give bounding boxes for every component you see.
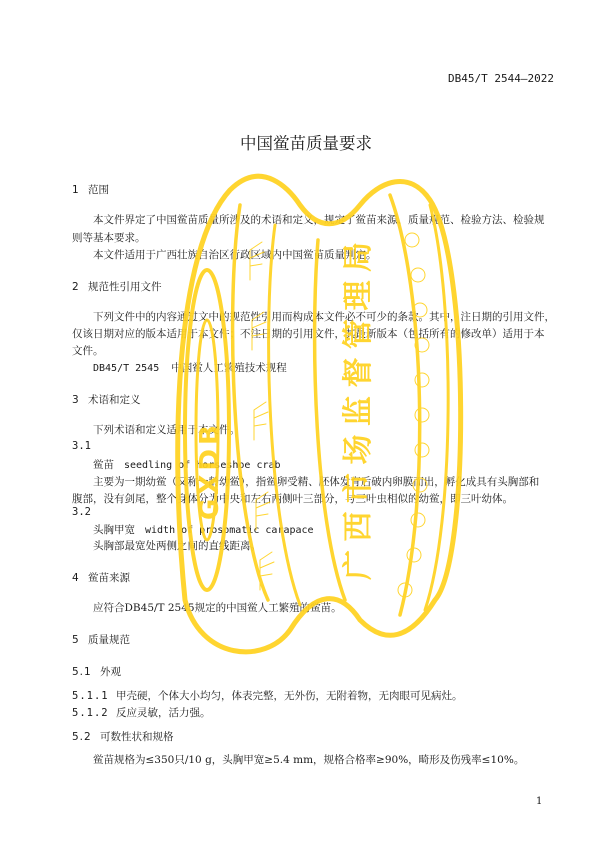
section-number: 2: [72, 281, 88, 293]
section-number: 4: [72, 572, 88, 584]
subsection-heading-appearance: 5.1外观: [72, 664, 121, 679]
standard-code: DB45/T 2544—2022: [448, 72, 554, 85]
clause-text: 甲壳硬，个体大小均匀，体表完整，无外伤，无附着物，无肉眼可见病灶。: [116, 690, 463, 702]
paragraph: 鲎苗规格为≤350只/10 g，头胸甲宽≥5.4 mm，规格合格率≥90%，畸形…: [93, 752, 524, 768]
term-chinese: 头胸甲宽: [93, 524, 135, 536]
paragraph: 本文件适用于广西壮族自治区行政区域内中国鲎苗质量判定。: [93, 247, 377, 263]
section-title: 术语和定义: [88, 394, 141, 406]
subsection-number: 5.2: [72, 731, 100, 743]
subsection-title: 可数性状和规格: [100, 731, 174, 743]
paragraph: 文件。: [72, 343, 104, 359]
paragraph: 下列术语和定义适用于本文件。: [93, 422, 240, 438]
term-number: 3.2: [72, 506, 91, 518]
term-english: seedling of horseshoe crab: [124, 460, 281, 471]
reference-code: DB45/T 2545: [93, 363, 159, 374]
term-definition: 腹部，没有剑尾，整个身体分为中央和左右两侧叶三部分，与三叶虫相似的幼鲎，即三叶幼…: [72, 491, 513, 507]
subsection-number: 5.1: [72, 666, 100, 678]
section-title: 质量规范: [88, 634, 130, 646]
clause-number: 5.1.2: [72, 707, 116, 719]
term-chinese: 鲎苗: [93, 459, 114, 471]
section-number: 5: [72, 634, 88, 646]
section-heading-scope: 1范围: [72, 182, 109, 197]
reference-title: 中国鲎人工繁殖技术规程: [171, 362, 287, 374]
section-heading-normative-references: 2规范性引用文件: [72, 279, 162, 294]
section-heading-terms: 3术语和定义: [72, 392, 141, 407]
document-page: DB45/T 2544—2022 中国鲎苗质量要求 1范围 本文件界定了中国鲎苗…: [0, 0, 612, 858]
paragraph: 本文件界定了中国鲎苗质量所涉及的术语和定义，规定了鲎苗来源、质量规范、检验方法、…: [93, 212, 545, 228]
term-entry: 头胸甲宽width of prosomatic carapace: [93, 522, 314, 539]
watermark-org-text: 广西市场监督管理局: [341, 240, 376, 580]
page-number: 1: [536, 796, 542, 807]
reference-item: DB45/T 2545中国鲎人工繁殖技术规程: [93, 360, 287, 377]
section-number: 3: [72, 394, 88, 406]
term-definition: 主要为一期幼鲎（又称一龄幼鲎），指鲎卵受精、胚体发育后破内卵膜而出，孵化成具有头…: [93, 474, 539, 490]
section-heading-quality: 5质量规范: [72, 632, 130, 647]
section-title: 范围: [88, 184, 109, 196]
clause-number: 5.1.1: [72, 690, 116, 702]
section-title: 规范性引用文件: [88, 281, 162, 293]
term-english: width of prosomatic carapace: [145, 525, 314, 536]
clause-item: 5.1.1甲壳硬，个体大小均匀，体表完整，无外伤，无附着物，无肉眼可见病灶。: [72, 688, 463, 703]
subsection-title: 外观: [100, 666, 121, 678]
document-title: 中国鲎苗质量要求: [0, 130, 612, 154]
subsection-heading-traits: 5.2可数性状和规格: [72, 729, 174, 744]
term-number: 3.1: [72, 440, 91, 452]
paragraph: 仅该日期对应的版本适用于本文件；不注日期的引用文件，其最新版本（包括所有的修改单…: [72, 326, 545, 342]
section-title: 鲎苗来源: [88, 572, 130, 584]
term-entry: 鲎苗seedling of horseshoe crab: [93, 457, 281, 474]
paragraph: 则等基本要求。: [72, 230, 146, 246]
section-heading-source: 4鲎苗来源: [72, 570, 130, 585]
clause-item: 5.1.2反应灵敏，活力强。: [72, 705, 211, 720]
paragraph: 下列文件中的内容通过文中的规范性引用而构成本文件必不可少的条款。其中，注日期的引…: [93, 309, 555, 325]
term-definition: 头胸部最宽处两侧之间的直线距离。: [93, 538, 261, 554]
paragraph: 应符合DB45/T 2545规定的中国鲎人工繁殖的鲎苗。: [93, 600, 342, 616]
clause-text: 反应灵敏，活力强。: [116, 707, 211, 719]
section-number: 1: [72, 184, 88, 196]
